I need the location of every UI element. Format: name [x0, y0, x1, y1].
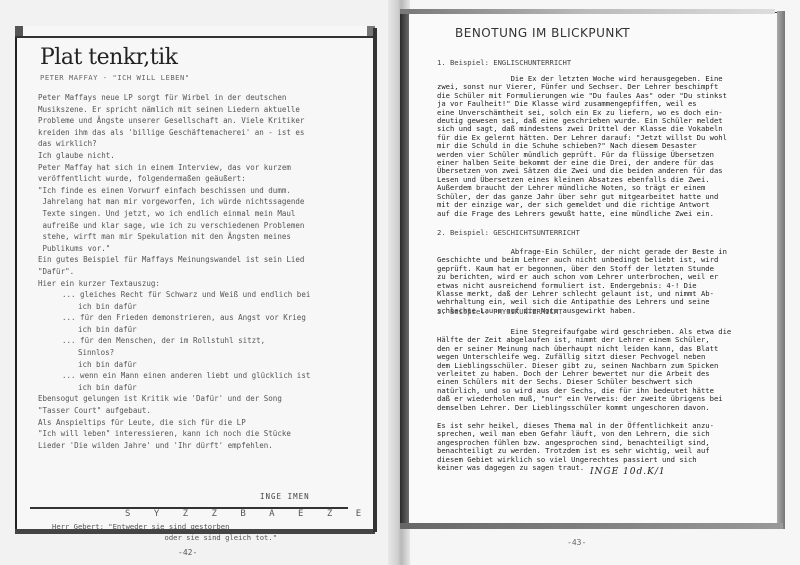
body-line: das wirklich?	[38, 138, 368, 150]
body-line: Peter Maffay hat sich in einem Interview…	[38, 162, 368, 174]
verse-line: ich bin dafür	[38, 301, 368, 313]
body-line: veröffentlicht wurde, folgendermaßen geä…	[38, 173, 368, 185]
decorative-letters: S Y Z Z B A E Z E	[125, 509, 370, 519]
body-line: Als Anspieltips für Leute, die sich für …	[38, 417, 368, 429]
body-line: "Tasser Court" aufgebaut.	[38, 405, 368, 417]
frame-corner	[15, 26, 23, 36]
verse-line: ... für den Frieden demonstrieren, aus A…	[38, 312, 368, 324]
page-number-right: -43-	[567, 538, 586, 547]
body-line: Musikszene. Er spricht nämlich mit seine…	[38, 104, 368, 116]
section-heading: 3. Beispiel: PHYSIKUNTERRICHT	[437, 307, 563, 316]
quote-line: Herr Gebert: "Entweder sie sind gestorbe…	[52, 521, 277, 532]
frame-right-edge	[373, 28, 377, 532]
body-line: stehe, wirft man mir Spekulation mit den…	[38, 231, 368, 243]
section-text: Die Ex der letzten Woche wird herausgege…	[437, 75, 777, 218]
body-line: Ein gutes Beispiel für Maffays Meinungsw…	[38, 254, 368, 266]
frame-right-edge	[777, 11, 785, 529]
section-heading: 2. Beispiel: GESCHICHTSUNTERRICHT	[437, 228, 580, 237]
section-heading: 1. Beispiel: ENGLISCHUNTERRICHT	[437, 58, 571, 67]
verse-line: ich bin dafür	[38, 324, 368, 336]
quote-line: oder sie sind gleich tot."	[52, 532, 277, 543]
body-line: Probleme und Ängste unserer Gesellschaft…	[38, 115, 368, 127]
page-number-left: -42-	[178, 548, 197, 557]
right-page-title: BENOTUNG IM BLICKPUNKT	[455, 26, 630, 40]
verse-line: ... gleiches Recht für Schwarz und Weiß …	[38, 289, 368, 301]
frame-bottom-edge	[400, 523, 783, 529]
verse-line: Sinnlos?	[38, 347, 368, 359]
verse-line: ich bin dafür	[38, 359, 368, 371]
body-line: aufreiße und klar sage, wie ich zu versc…	[38, 220, 368, 232]
frame-top-edge	[400, 9, 775, 14]
text-line: auf die Frage des Lehrers gewußt hatte, …	[437, 210, 777, 218]
teacher-quote: Herr Gebert: "Entweder sie sind gestorbe…	[52, 521, 277, 543]
body-line: Hier ein kurzer Textauszug:	[38, 278, 368, 290]
body-line: "Ich finde es einen Vorwurf einfach besc…	[38, 185, 368, 197]
body-line: Lieder 'Die wilden Jahre' und 'Ihr dürft…	[38, 440, 368, 452]
section-text: Eine Stegreifaufgabe wird geschrieben. A…	[437, 328, 777, 412]
verse-line: ich bin dafür	[38, 382, 368, 394]
section-text: Abfrage-Ein Schüler, der nicht gerade de…	[437, 248, 777, 315]
frame-left-edge	[400, 11, 409, 526]
body-line: Jahrelang hat man mir vorgeworfen, ich w…	[38, 196, 368, 208]
verse-line: ... für den Menschen, der im Rollstuhl s…	[38, 335, 368, 347]
left-page-author: INGE IMEN	[260, 492, 310, 501]
body-line: kreiden ihm das als 'billige Geschäftema…	[38, 127, 368, 139]
body-line: Ich glaube nicht.	[38, 150, 368, 162]
body-line: Peter Maffays neue LP sorgt für Wirbel i…	[38, 92, 368, 104]
body-line: "Dafür".	[38, 266, 368, 278]
text-line: demselben Lehrer. Der Lieblingsschüler k…	[437, 404, 777, 412]
body-line: Ebensogut gelungen ist Kritik wie 'Dafür…	[38, 393, 368, 405]
body-line: Texte singen. Und jetzt, wo ich endlich …	[38, 208, 368, 220]
verse-line: ... wenn ein Mann einen anderen liebt un…	[38, 370, 368, 382]
left-page-title: Plat tenkr,tik	[40, 45, 177, 70]
body-line: "Ich will leben" interessieren, kann ich…	[38, 428, 368, 440]
body-line: Publikums vor."	[38, 243, 368, 255]
section-text: Es ist sehr heikel, dieses Thema mal in …	[437, 422, 777, 472]
left-page-subtitle: PETER MAFFAY - "ICH WILL LEBEN"	[40, 73, 190, 82]
review-text: Peter Maffays neue LP sorgt für Wirbel i…	[38, 92, 368, 451]
right-page-author: INGE 10d.K/1	[590, 467, 666, 477]
